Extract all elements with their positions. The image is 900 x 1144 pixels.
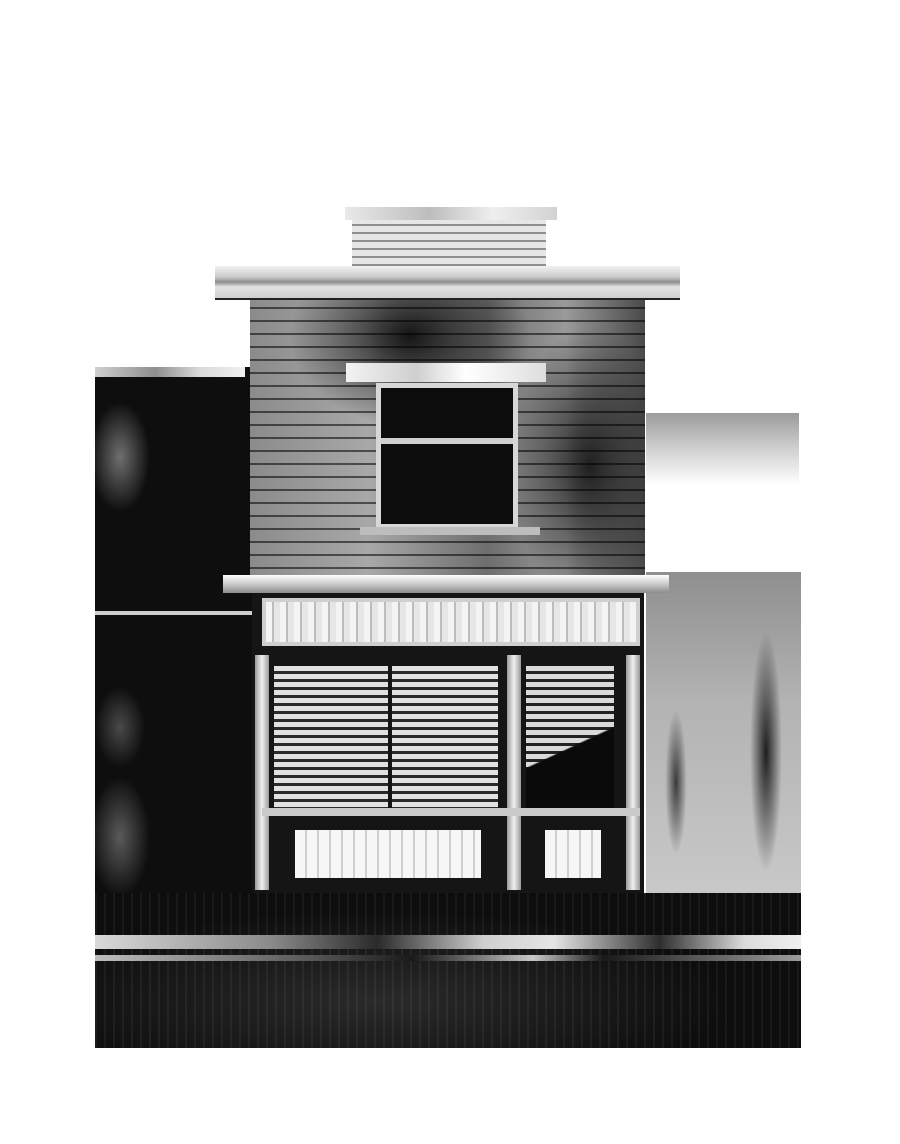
upper-window (376, 383, 518, 529)
shutter-middle (392, 666, 498, 809)
kick-panel-right (545, 830, 601, 878)
curb-highlight (95, 935, 801, 949)
shutter-torn (526, 666, 614, 809)
left-adjacent-building (95, 367, 252, 894)
left-building-cap (95, 367, 245, 377)
right-wall-upper (646, 413, 799, 573)
ground (95, 893, 801, 1048)
window-sill (360, 527, 540, 535)
storefront-rail (262, 808, 640, 816)
parapet-cap (345, 207, 557, 220)
kick-panel-left (295, 830, 481, 878)
curb-lower-highlight (95, 955, 801, 961)
cornice (215, 266, 680, 300)
sign-board (262, 598, 640, 646)
storefront-awning (223, 575, 669, 593)
left-building-band (95, 611, 252, 615)
window-lintel (346, 363, 546, 382)
rooftop-parapet (352, 218, 546, 268)
pilaster-center (507, 655, 521, 890)
pilaster-right (626, 655, 640, 890)
window-muntin (381, 438, 513, 444)
pilaster-left (255, 655, 269, 890)
right-wall-stained (646, 572, 801, 894)
shutter-left (274, 666, 388, 809)
